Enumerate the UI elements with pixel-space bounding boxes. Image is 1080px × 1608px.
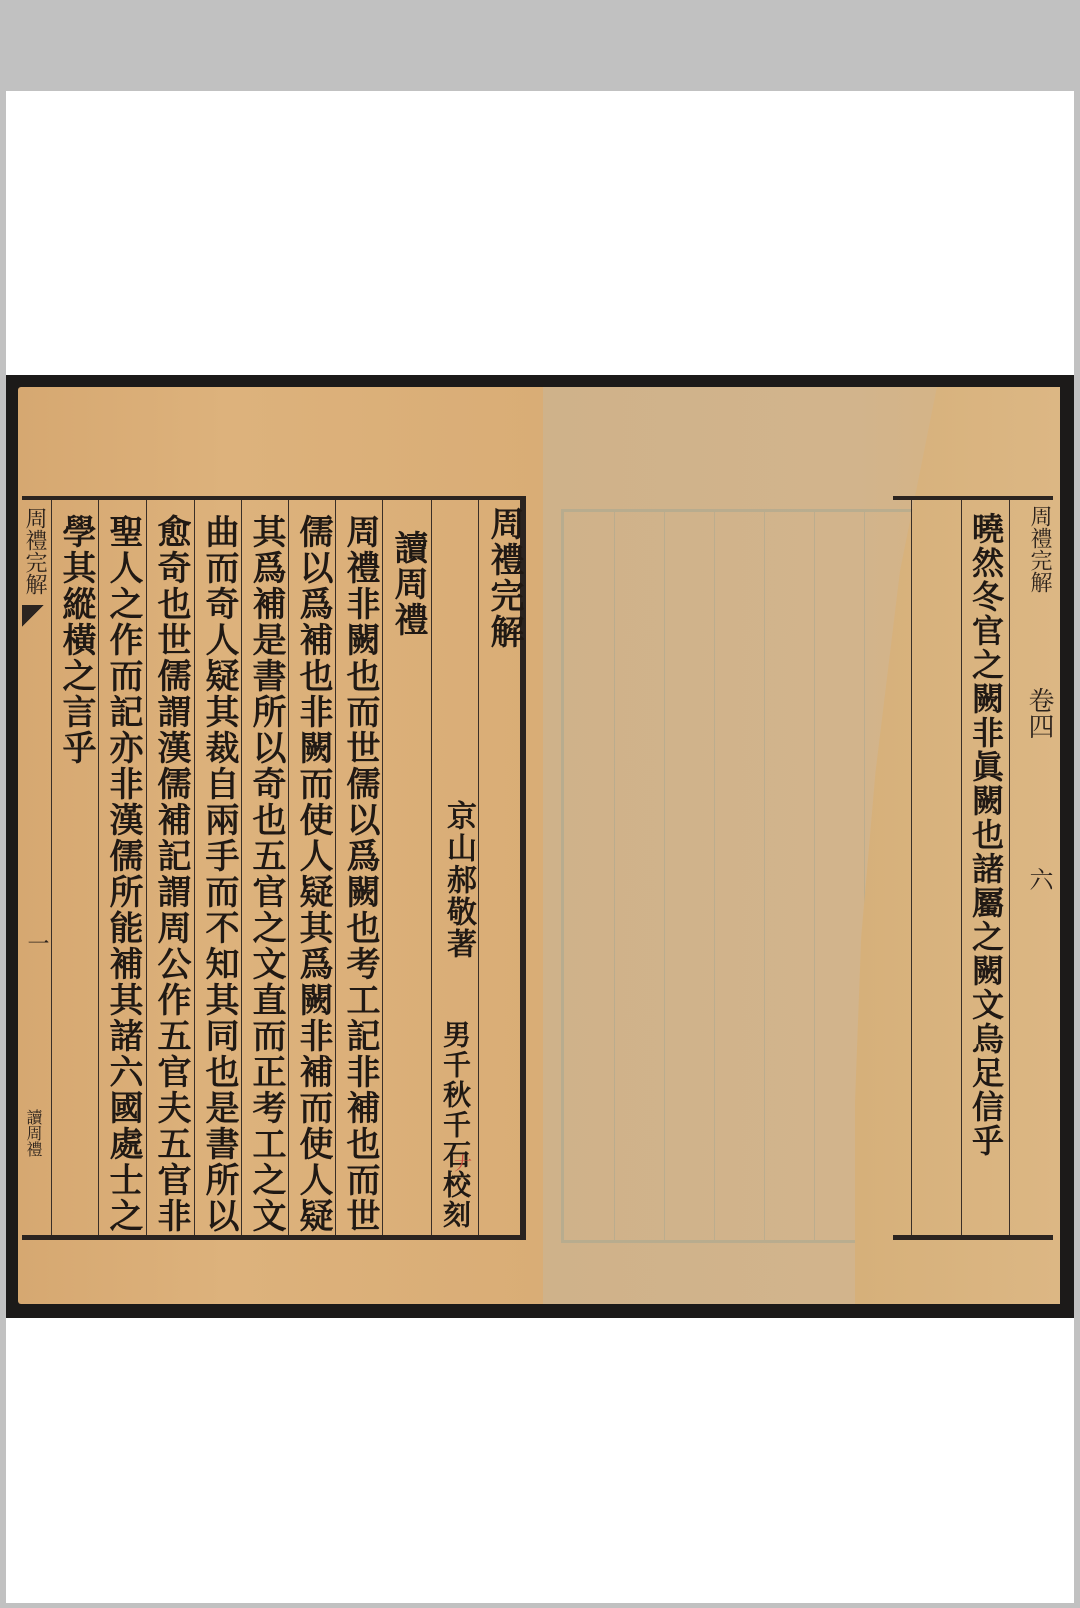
- column-rule: [911, 500, 912, 1235]
- margin-book-title: 周禮完解: [22, 507, 46, 595]
- red-seal-mark: 𠂇: [454, 1150, 472, 1176]
- text-column-4: 曲而奇人疑其裁自兩手而不知其同也是書所以: [197, 514, 241, 1234]
- left-page-border-frame: 周禮完解 京山郝敬著 男千秋千石校刻 𠂇 讀周禮 周禮非闕也而世儒以爲闕也考工記…: [22, 496, 526, 1240]
- margin-section-label: 讀周禮: [24, 1109, 42, 1157]
- text-column-7: 學其縱橫之言乎: [54, 514, 98, 766]
- margin-book-title: 周禮完解: [1027, 505, 1051, 593]
- column-rule: [431, 500, 432, 1235]
- margin-page-number: 一: [24, 932, 48, 954]
- column-rule: [98, 500, 99, 1235]
- column-rule: [1009, 500, 1010, 1235]
- margin-page-number: 六: [1027, 867, 1051, 891]
- text-column-5: 愈奇也世儒謂漢儒補記謂周公作五官夫五官非: [149, 514, 193, 1234]
- text-column-3: 其爲補是書所以奇也五官之文直而正考工之文: [244, 514, 288, 1234]
- author-line: 京山郝敬著: [434, 800, 478, 960]
- section-heading: 讀周禮: [386, 530, 430, 638]
- column-rule: [194, 500, 195, 1235]
- column-rule: [961, 500, 962, 1235]
- collator-line: 男千秋千石校刻: [434, 1020, 474, 1230]
- column-rule: [288, 500, 289, 1235]
- text-column-6: 聖人之作而記亦非漢儒所能補其諸六國處士之: [101, 514, 145, 1234]
- book-scan-image: 周禮完解 京山郝敬著 男千秋千石校刻 𠂇 讀周禮 周禮非闕也而世儒以爲闕也考工記…: [6, 375, 1074, 1318]
- column-rule: [335, 500, 336, 1235]
- text-column-1: 曉然冬官之闕非眞闕也諸屬之闕文烏足信乎: [963, 512, 1007, 1158]
- column-rule: [146, 500, 147, 1235]
- book-title: 周禮完解: [482, 506, 526, 650]
- column-rule: [382, 500, 383, 1235]
- column-rule: [478, 500, 479, 1235]
- left-page: 周禮完解 京山郝敬著 男千秋千石校刻 𠂇 讀周禮 周禮非闕也而世儒以爲闕也考工記…: [18, 387, 543, 1304]
- right-page: 曉然冬官之闕非眞闕也諸屬之闕文烏足信乎 周禮完解 卷四 六: [543, 387, 1060, 1304]
- column-rule: [241, 500, 242, 1235]
- text-column-1: 周禮非闕也而世儒以爲闕也考工記非補也而世: [338, 514, 382, 1234]
- text-column-2: 儒以爲補也非闕而使人疑其爲闕非補而使人疑: [291, 514, 335, 1234]
- fishtail-mark-icon: [22, 605, 44, 627]
- column-rule: [51, 500, 52, 1235]
- margin-volume: 卷四: [1027, 687, 1051, 739]
